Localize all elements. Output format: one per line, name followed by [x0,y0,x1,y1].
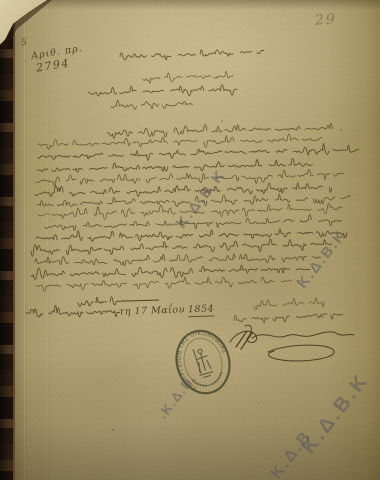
handwriting-line [31,262,310,281]
signature-flourish [230,325,354,361]
handwriting-line [26,304,120,319]
handwriting-line [35,251,321,268]
handwriting-line [143,71,233,84]
handwriting-line [254,297,325,311]
handwriting-line [38,143,359,163]
closing-dash [125,300,159,301]
stamp-figure [192,346,214,379]
handwriting-line [36,225,347,244]
handwriting-line [36,168,344,189]
handwriting-line [234,310,343,325]
handwriting-line [78,296,125,306]
handwriting-ink-layer [0,0,380,480]
handwriting-line [36,275,300,292]
handwriting-line [38,133,322,151]
handwriting-line [111,98,193,110]
handwriting-line [88,83,237,99]
handwriting-line [31,237,332,257]
handwriting-line [37,158,312,174]
handwriting-line [120,48,264,62]
handwriting-line [107,122,333,139]
scanned-document-page: 29 5 Αριθ. πρ. 2794 τη 17 Μαΐου1854 [0,0,380,480]
handwriting-line [35,180,332,198]
